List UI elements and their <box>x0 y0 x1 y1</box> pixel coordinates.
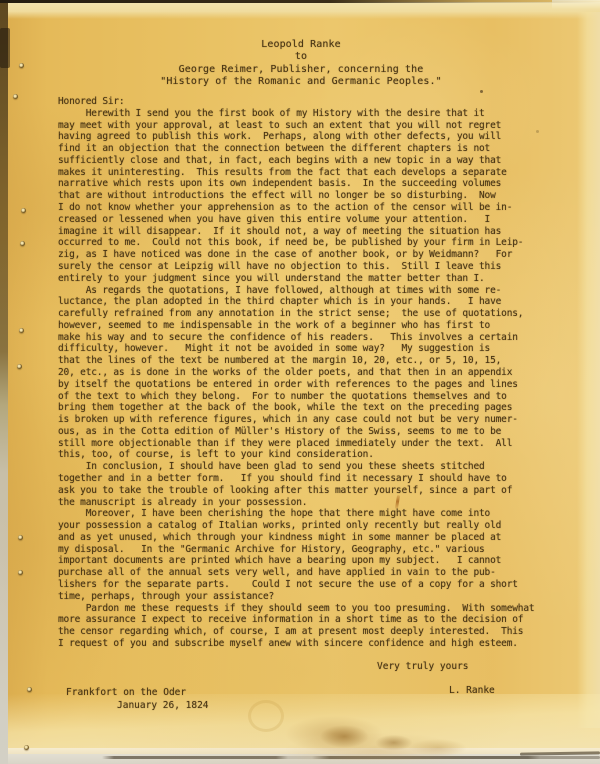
binding-edge-dark-notch <box>0 28 10 68</box>
punch-hole <box>20 241 25 246</box>
letter-body: Honored Sir: Herewith I send you the fir… <box>58 96 534 650</box>
punch-hole <box>17 364 22 369</box>
punch-hole <box>19 63 24 68</box>
letter-place: Frankfort on the Oder <box>66 687 186 698</box>
punch-hole <box>21 208 26 213</box>
ink-speck <box>480 90 483 93</box>
paper-bottom-light-band <box>6 694 600 754</box>
ink-speck <box>536 130 539 133</box>
punch-hole <box>18 570 23 575</box>
binding-edge <box>0 0 8 764</box>
punch-hole <box>24 745 29 750</box>
faint-ring-stain <box>248 700 284 732</box>
underlying-page-shadow-line <box>0 756 600 759</box>
letter-date: January 26, 1824 <box>117 700 209 711</box>
letter-signature: L. Ranke <box>449 685 495 696</box>
punch-hole <box>27 687 32 692</box>
letter-heading: Leopold Ranke to George Reimer, Publishe… <box>55 39 547 88</box>
paper-top-shadow-line <box>0 0 600 3</box>
letter-closing: Very truly yours <box>377 661 469 672</box>
paper-top-light-band <box>6 2 600 19</box>
punch-hole <box>19 328 24 333</box>
punch-hole <box>13 94 18 99</box>
paper-right-light-strip <box>577 12 600 728</box>
punch-hole <box>18 535 23 540</box>
